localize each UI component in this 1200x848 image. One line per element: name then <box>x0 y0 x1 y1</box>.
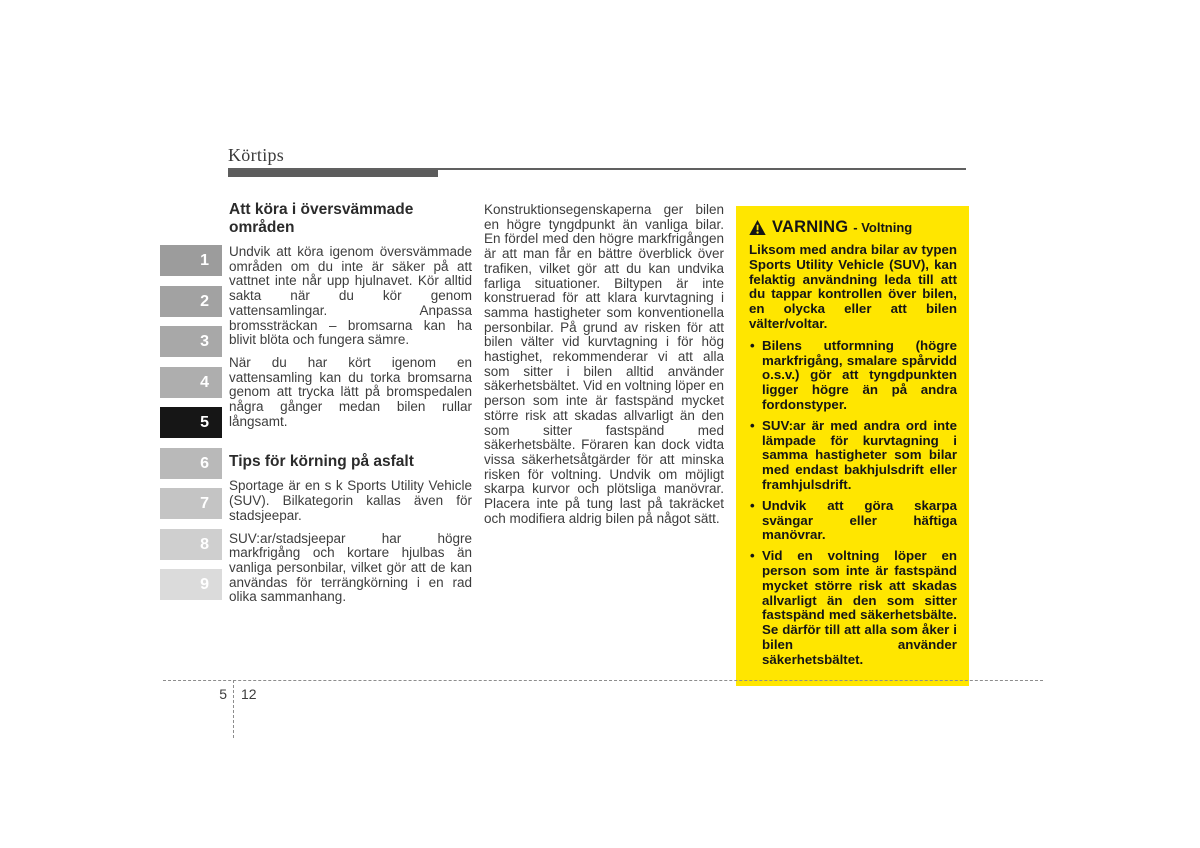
chapter-tab-7: 7 <box>160 488 222 519</box>
warning-box: VARNING - Voltning Liksom med andra bila… <box>736 206 969 686</box>
chapter-tab-4: 4 <box>160 367 222 398</box>
manual-page: Körtips 1 2 3 4 5 6 7 8 9 Att köra i öve… <box>0 0 1200 848</box>
column-middle: Konstruktionsegenskaperna ger bilen en h… <box>484 203 724 534</box>
footer-divider <box>233 680 234 738</box>
footer-page-number: 12 <box>241 686 257 702</box>
footer-chapter-number: 5 <box>190 686 227 702</box>
header-rule-thick <box>228 170 438 177</box>
warning-bullet-list: Bilens utformning (högre markfrigång, sm… <box>749 339 957 668</box>
column-left: Att köra i översvämmade områden Undvik a… <box>229 201 472 613</box>
paragraph: Konstruktionsegenskaperna ger bilen en h… <box>484 203 724 526</box>
footer-dashed-rule <box>163 680 1043 681</box>
warning-bullet: Undvik att göra skarpa svängar eller häf… <box>749 499 957 543</box>
warning-title: VARNING <box>772 218 848 237</box>
page-title: Körtips <box>228 145 284 166</box>
warning-bullet: Bilens utformning (högre markfrigång, sm… <box>749 339 957 413</box>
warning-triangle-icon <box>749 220 766 235</box>
chapter-tab-2: 2 <box>160 286 222 317</box>
paragraph: Sportage är en s k Sports Utility Vehicl… <box>229 479 472 523</box>
paragraph: När du har kört igenom en vattensamling … <box>229 356 472 430</box>
warning-bullet: Vid en voltning löper en person som inte… <box>749 549 957 667</box>
chapter-tab-3: 3 <box>160 326 222 357</box>
chapter-tab-6: 6 <box>160 448 222 479</box>
chapter-tab-9: 9 <box>160 569 222 600</box>
chapter-tab-8: 8 <box>160 529 222 560</box>
warning-bullet: SUV:ar är med andra ord inte lämpade för… <box>749 419 957 493</box>
chapter-tab-5-active: 5 <box>160 407 222 438</box>
warning-intro: Liksom med andra bilar av typen Sports U… <box>749 243 957 332</box>
section-heading-asphalt-tips: Tips för körning på asfalt <box>229 453 472 471</box>
warning-header: VARNING - Voltning <box>749 218 957 237</box>
paragraph: Undvik att köra igenom översvämmade områ… <box>229 245 472 348</box>
warning-subtitle: - Voltning <box>853 220 912 235</box>
paragraph: SUV:ar/stadsjeepar har högre markfrigång… <box>229 532 472 606</box>
chapter-tab-1: 1 <box>160 245 222 276</box>
section-heading-flooded-areas: Att köra i översvämmade områden <box>229 201 472 237</box>
